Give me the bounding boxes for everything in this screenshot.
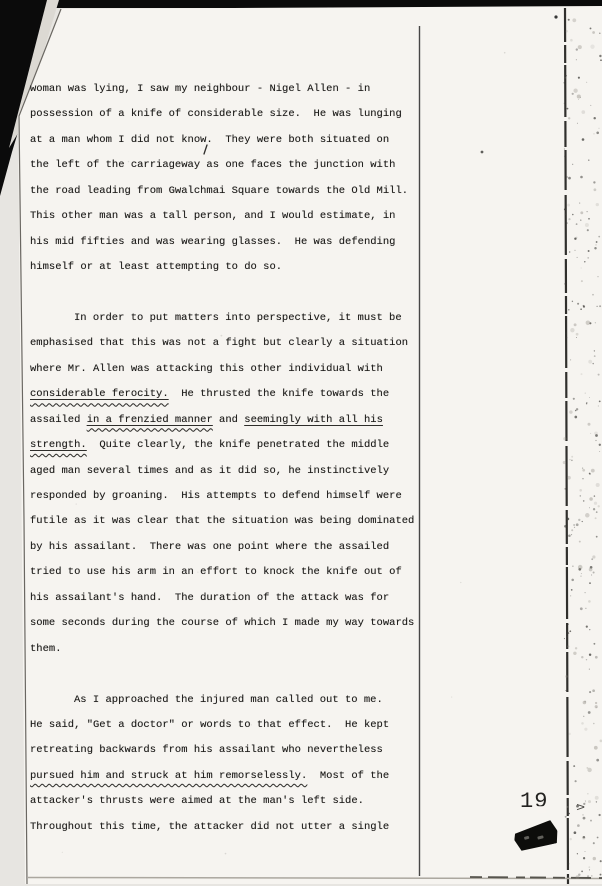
text-segment: He said, "Get a doctor" or words to that… xyxy=(30,719,389,731)
sticker-speck xyxy=(524,836,530,840)
underlined-text-segment: considerable ferocity. xyxy=(30,388,169,400)
text-line: considerable ferocity. He thrusted the k… xyxy=(30,382,428,407)
text-segment: retreating backwards from his assailant … xyxy=(30,744,383,756)
text-segment: Throughout this time, the attacker did n… xyxy=(30,821,389,833)
text-line: the left of the carriageway as one faces… xyxy=(30,153,428,178)
text-line: futile as it was clear that the situatio… xyxy=(30,509,428,534)
text-segment: aged man several times and as it did so,… xyxy=(30,465,389,477)
page-number-fade-patch xyxy=(537,806,546,813)
text-line: He said, "Get a doctor" or words to that… xyxy=(30,713,428,738)
text-line: possession of a knife of considerable si… xyxy=(30,102,428,127)
text-line: tried to use his arm in an effort to kno… xyxy=(30,560,428,585)
text-line: aged man several times and as it did so,… xyxy=(30,459,428,484)
wavy-pen-underline: in a frenzied manner xyxy=(87,414,213,426)
margin-arrow-mark: > xyxy=(576,801,585,815)
text-line: at a man whom I did not know. They were … xyxy=(30,128,428,153)
text-segment: Most of the xyxy=(307,770,389,782)
text-line: where Mr. Allen was attacking this other… xyxy=(30,357,428,382)
text-segment: emphasised that this was not a fight but… xyxy=(30,337,408,349)
text-segment: futile as it was clear that the situatio… xyxy=(30,515,414,527)
text-line: assailed in a frenzied manner and seemin… xyxy=(30,408,428,433)
text-segment: possession of a knife of considerable si… xyxy=(30,108,402,120)
text-segment: his assailant's hand. The duration of th… xyxy=(30,592,389,604)
text-segment: assailed xyxy=(30,414,87,426)
text-segment: and xyxy=(213,414,245,426)
text-segment: at a man whom I did not know. They were … xyxy=(30,134,389,146)
text-segment: He thrusted the knife towards the xyxy=(169,388,390,400)
text-segment: some seconds during the course of which … xyxy=(30,617,414,629)
underlined-text-segment: in a frenzied manner xyxy=(87,414,213,426)
wavy-pen-underline: considerable ferocity. xyxy=(30,388,169,400)
sticker-speck xyxy=(537,835,544,839)
text-line: emphasised that this was not a fight but… xyxy=(30,331,428,356)
text-line: his mid fifties and was wearing glasses.… xyxy=(30,230,428,255)
text-line: them. xyxy=(30,637,428,662)
text-segment: This other man was a tall person, and I … xyxy=(30,210,395,222)
text-segment: responded by groaning. His attempts to d… xyxy=(30,490,402,502)
text-segment: the left of the carriageway as one faces… xyxy=(30,159,395,171)
text-segment: the road leading from Gwalchmai Square t… xyxy=(30,185,408,197)
text-line: some seconds during the course of which … xyxy=(30,611,428,636)
underlined-text-segment: pursued him and struck at him remorseles… xyxy=(30,770,307,782)
text-line: himself or at least attempting to do so. xyxy=(30,255,428,280)
text-line: woman was lying, I saw my neighbour - Ni… xyxy=(30,77,428,102)
document-text: woman was lying, I saw my neighbour - Ni… xyxy=(30,77,428,840)
text-segment: As I approached the injured man called o… xyxy=(74,694,383,706)
text-line: by his assailant. There was one point wh… xyxy=(30,535,428,560)
underlined-text-segment: strength. xyxy=(30,439,87,451)
text-segment: attacker's thrusts were aimed at the man… xyxy=(30,795,364,807)
text-segment: tried to use his arm in an effort to kno… xyxy=(30,566,402,578)
text-line: In order to put matters into perspective… xyxy=(30,306,428,331)
underlined-text-segment: seemingly with all his xyxy=(244,414,383,426)
text-segment: his mid fifties and was wearing glasses.… xyxy=(30,236,395,248)
text-segment: Quite clearly, the knife penetrated the … xyxy=(87,439,389,451)
scanned-document-page: { "page": { "number": "19", "side_mark":… xyxy=(0,0,602,886)
text-segment: where Mr. Allen was attacking this other… xyxy=(30,363,383,375)
text-line: pursued him and struck at him remorseles… xyxy=(30,764,428,789)
text-segment: In order to put matters into perspective… xyxy=(74,312,402,324)
text-segment: by his assailant. There was one point wh… xyxy=(30,541,389,553)
text-segment: them. xyxy=(30,643,62,655)
text-line: attacker's thrusts were aimed at the man… xyxy=(30,789,428,814)
text-line: As I approached the injured man called o… xyxy=(30,688,428,713)
text-segment: himself or at least attempting to do so. xyxy=(30,261,282,273)
text-line: retreating backwards from his assailant … xyxy=(30,738,428,763)
text-line: responded by groaning. His attempts to d… xyxy=(30,484,428,509)
text-line: strength. Quite clearly, the knife penet… xyxy=(30,433,428,458)
text-line: the road leading from Gwalchmai Square t… xyxy=(30,179,428,204)
text-line: his assailant's hand. The duration of th… xyxy=(30,586,428,611)
wavy-pen-underline: strength. xyxy=(30,439,87,451)
text-segment: woman was lying, I saw my neighbour - Ni… xyxy=(30,83,370,95)
text-line: Throughout this time, the attacker did n… xyxy=(30,815,428,840)
text-line: This other man was a tall person, and I … xyxy=(30,204,428,229)
